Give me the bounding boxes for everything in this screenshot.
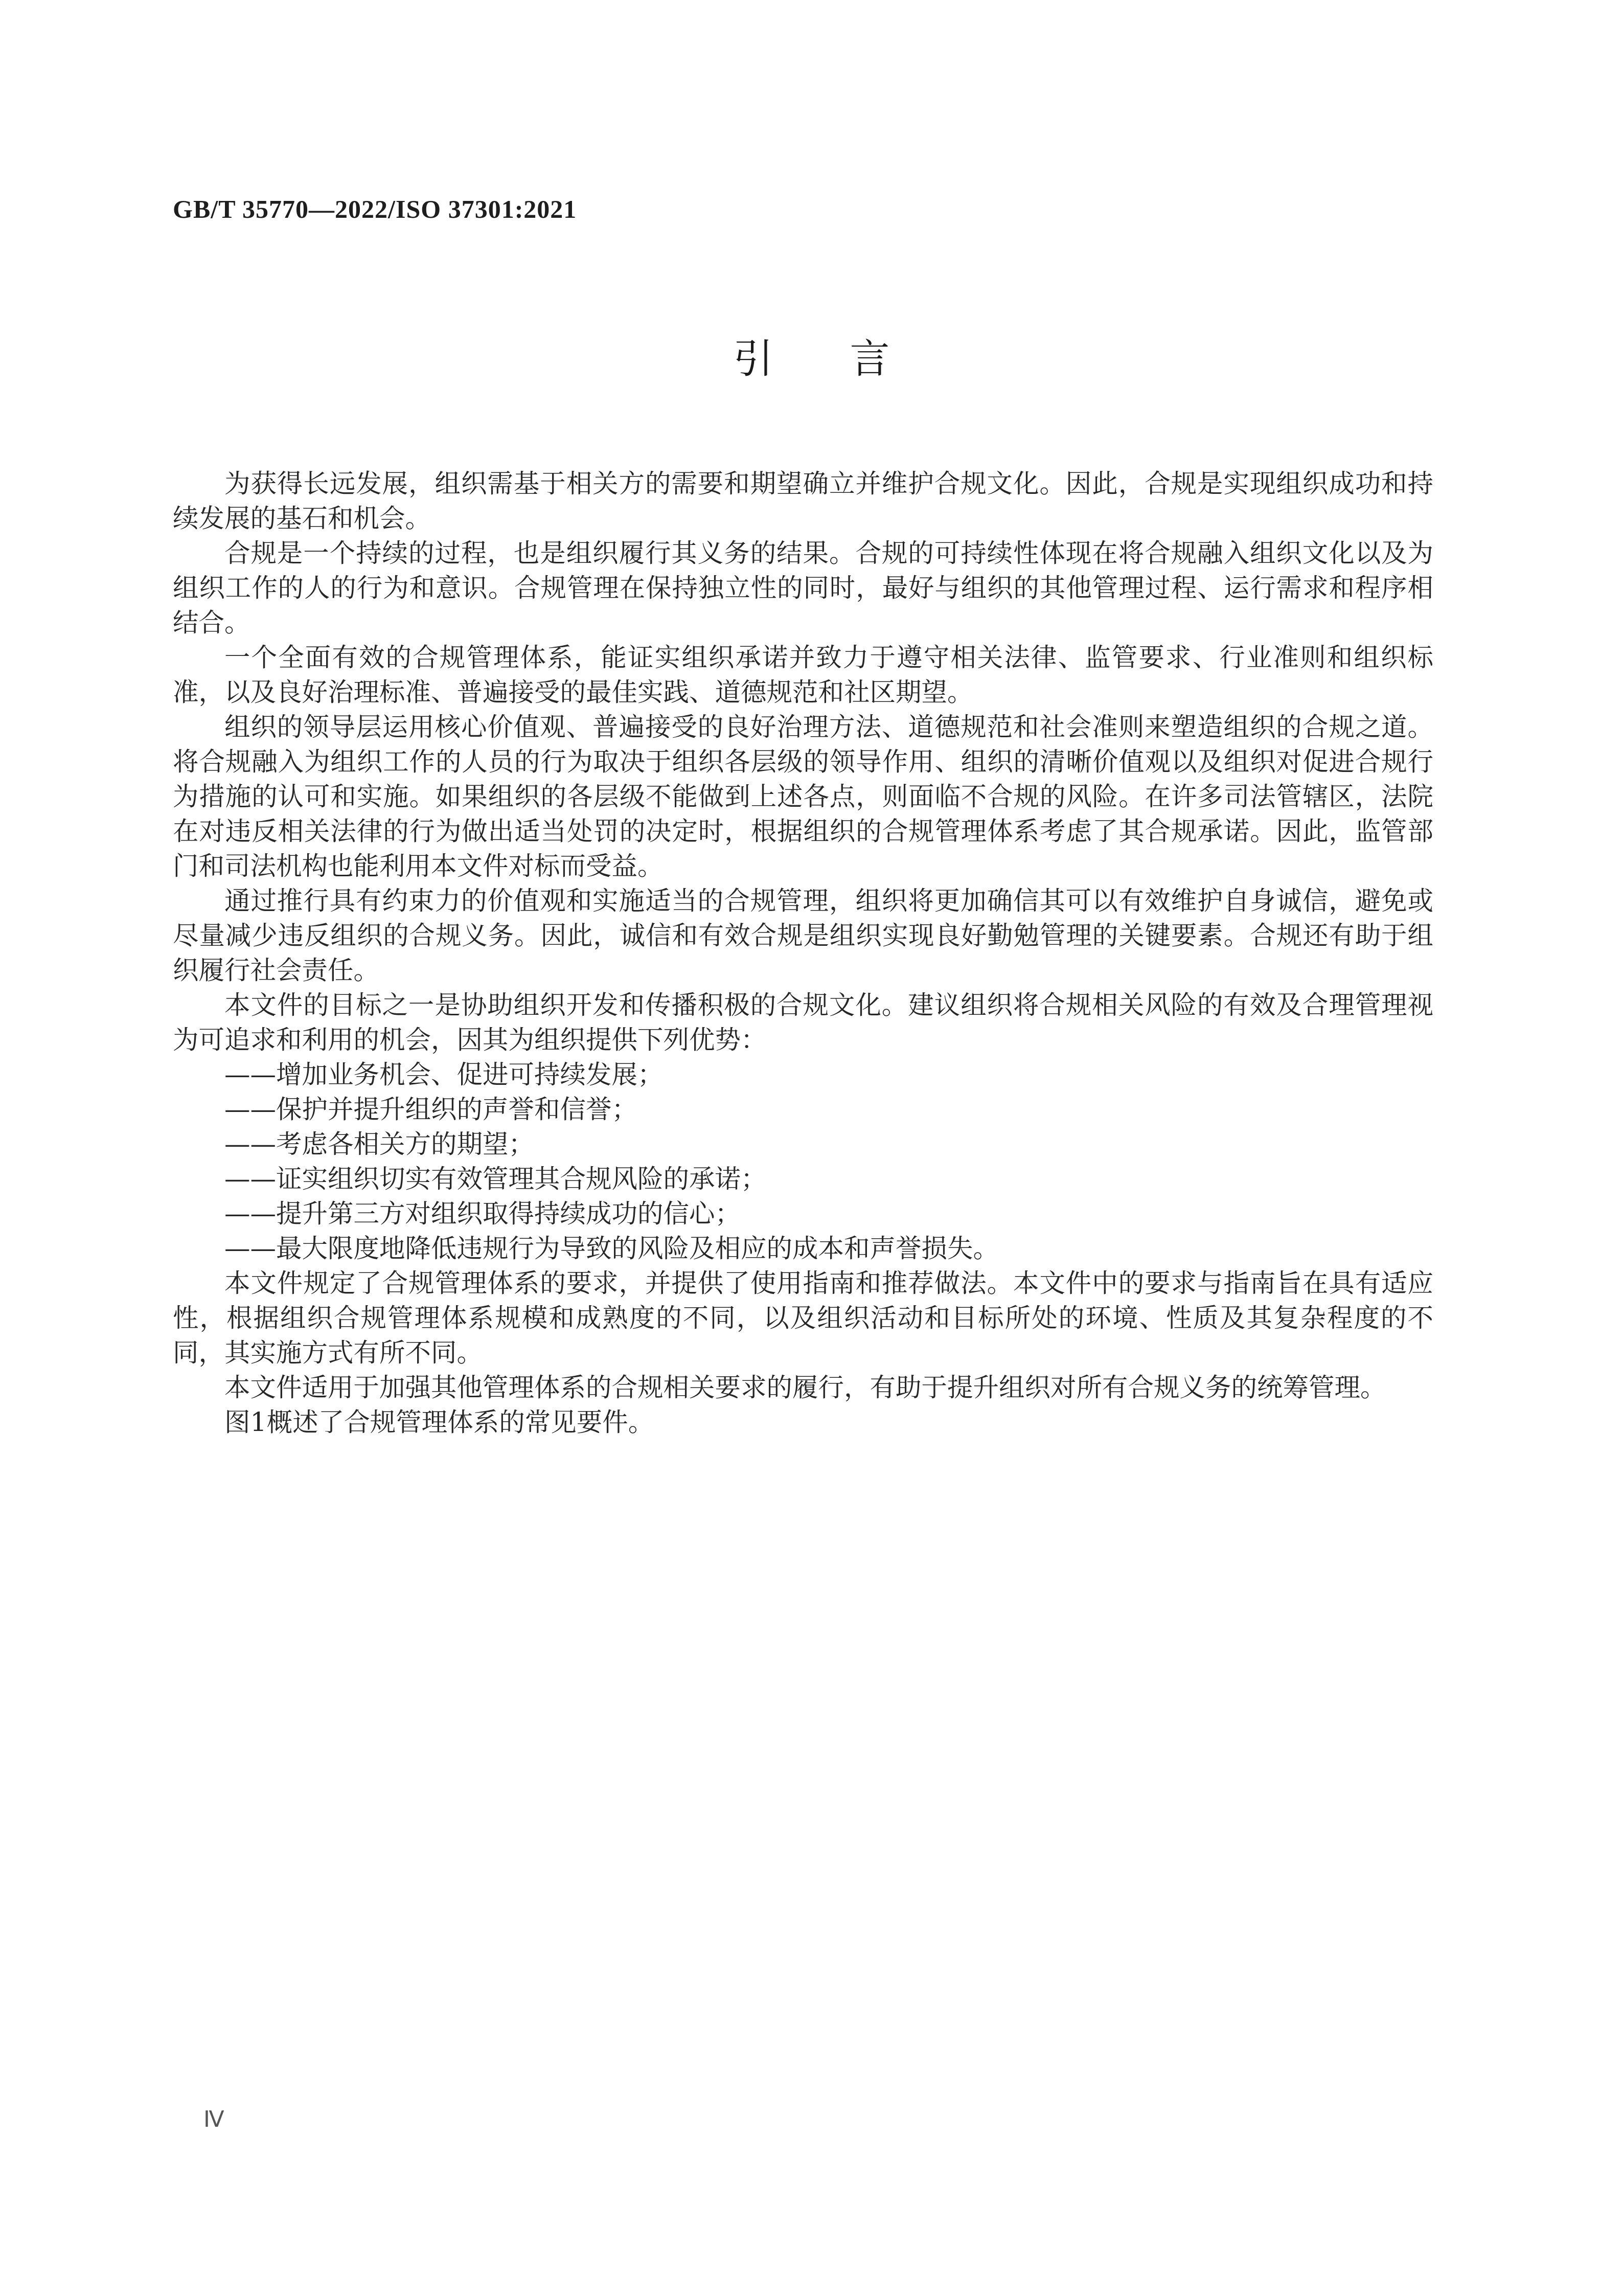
paragraph: 图1概述了合规管理体系的常见要件。	[173, 1405, 1433, 1440]
paragraph: 为获得长远发展，组织需基于相关方的需要和期望确立并维护合规文化。因此，合规是实现…	[173, 466, 1433, 536]
benefit-list-item: ——保护并提升组织的声誉和信誉；	[173, 1092, 1433, 1127]
benefit-list-item: ——提升第三方对组织取得持续成功的信心；	[173, 1196, 1433, 1231]
paragraph: 本文件的目标之一是协助组织开发和传播积极的合规文化。建议组织将合规相关风险的有效…	[173, 988, 1433, 1057]
paragraph: 通过推行具有约束力的价值观和实施适当的合规管理，组织将更加确信其可以有效维护自身…	[173, 883, 1433, 988]
paragraph: 合规是一个持续的过程，也是组织履行其义务的结果。合规的可持续性体现在将合规融入组…	[173, 536, 1433, 640]
benefit-list-item: ——增加业务机会、促进可持续发展；	[173, 1057, 1433, 1092]
page-number: Ⅳ	[203, 2106, 224, 2132]
standard-code-header: GB/T 35770—2022/ISO 37301:2021	[173, 194, 577, 224]
document-body: 为获得长远发展，组织需基于相关方的需要和期望确立并维护合规文化。因此，合规是实现…	[173, 466, 1433, 1440]
paragraph: 一个全面有效的合规管理体系，能证实组织承诺并致力于遵守相关法律、监管要求、行业准…	[173, 640, 1433, 710]
paragraph: 组织的领导层运用核心价值观、普遍接受的良好治理方法、道德规范和社会准则来塑造组织…	[173, 710, 1433, 883]
page-title: 引言	[0, 327, 1623, 384]
paragraph: 本文件适用于加强其他管理体系的合规相关要求的履行，有助于提升组织对所有合规义务的…	[173, 1370, 1433, 1405]
benefit-list-item: ——证实组织切实有效管理其合规风险的承诺；	[173, 1162, 1433, 1196]
paragraph: 本文件规定了合规管理体系的要求，并提供了使用指南和推荐做法。本文件中的要求与指南…	[173, 1266, 1433, 1370]
benefit-list-item: ——最大限度地降低违规行为导致的风险及相应的成本和声誉损失。	[173, 1231, 1433, 1266]
benefit-list-item: ——考虑各相关方的期望；	[173, 1127, 1433, 1162]
